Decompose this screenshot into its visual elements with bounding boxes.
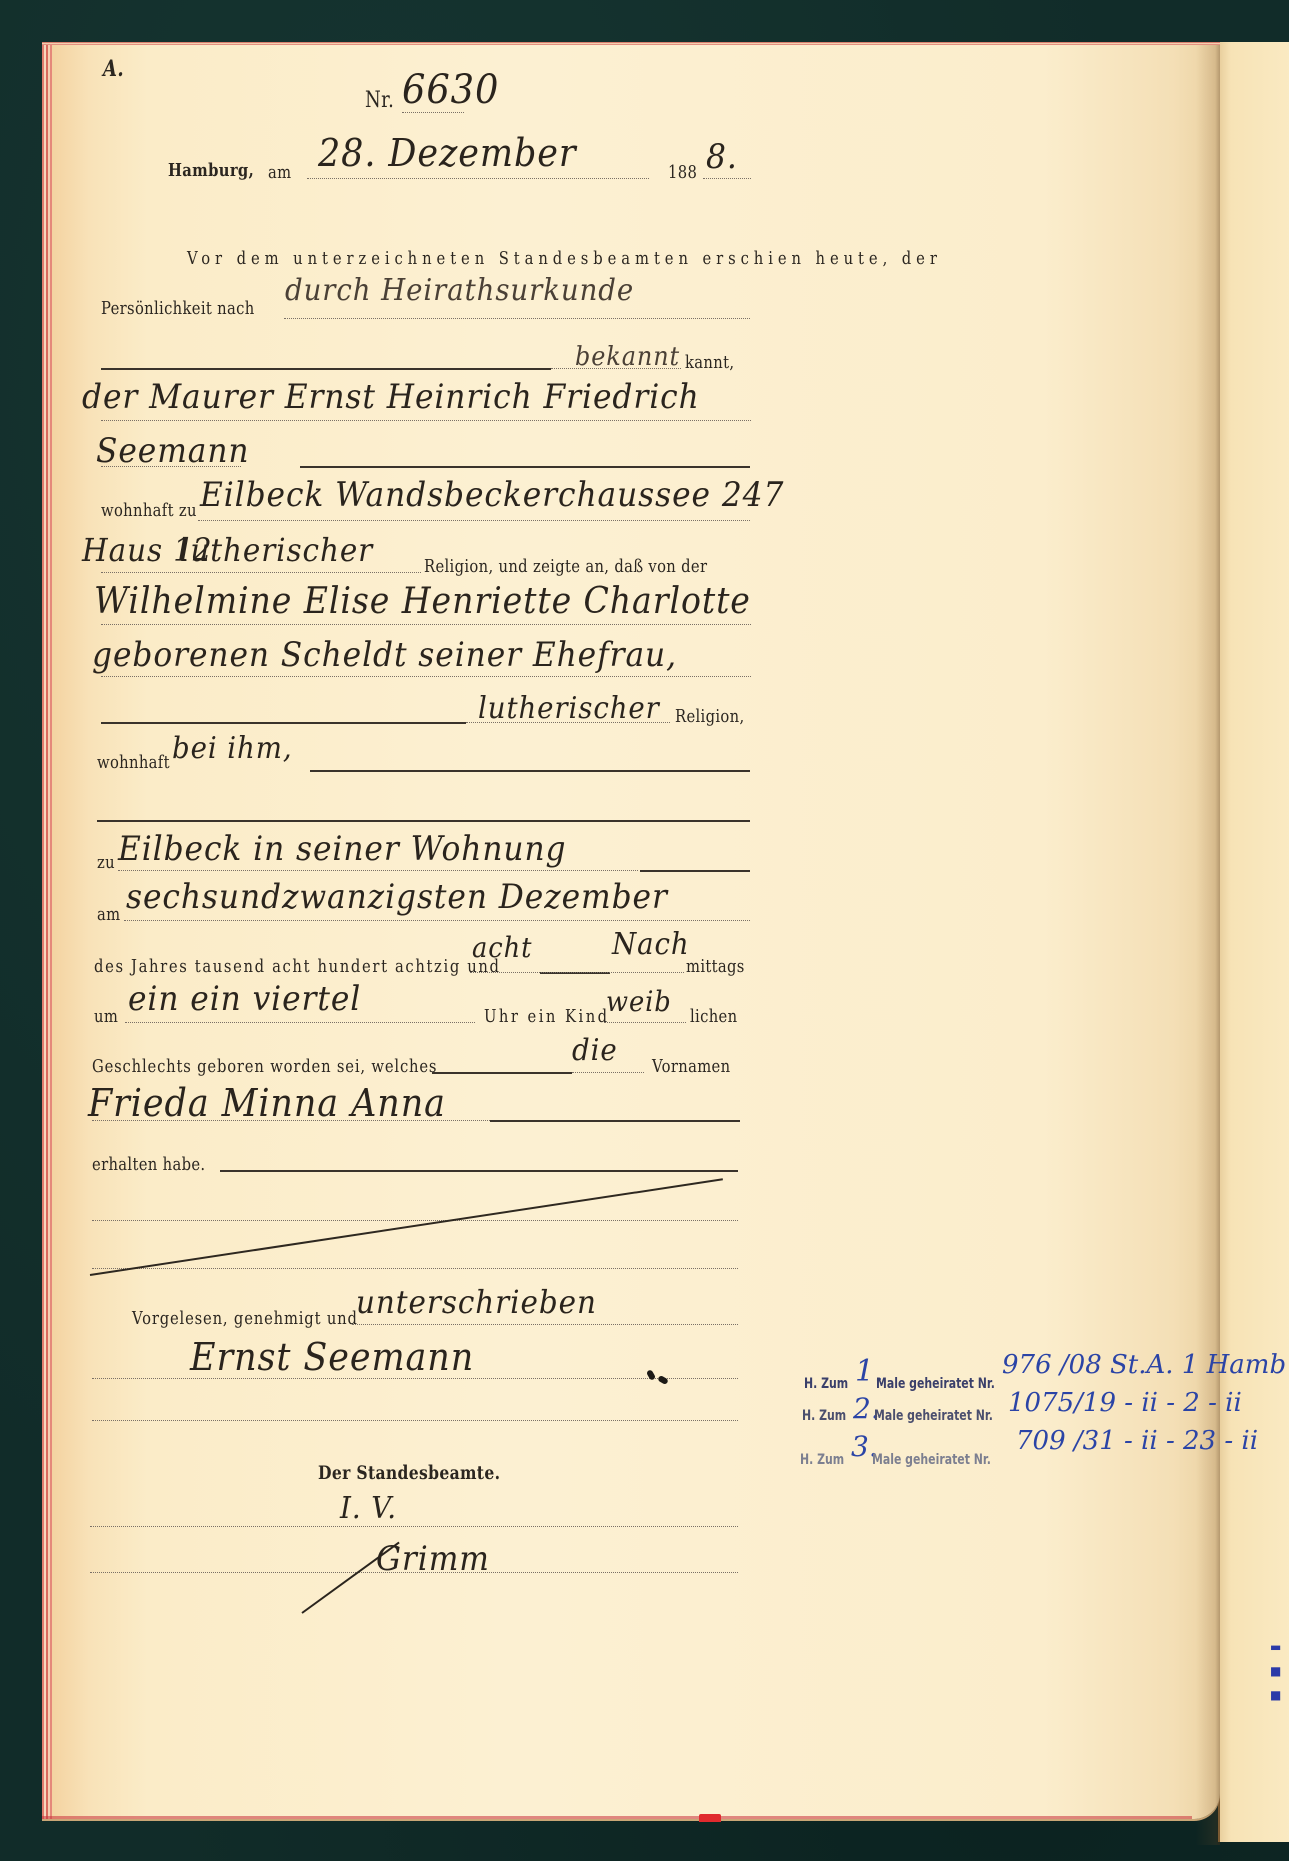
year-text: des Jahres tausend acht hundert achtzig … [94, 956, 501, 977]
time-line [125, 1022, 475, 1023]
page-gutter-shadow [1196, 45, 1220, 1845]
birthdate-value: sechsundzwanzigsten Dezember [126, 880, 668, 914]
blank-rule [101, 368, 551, 370]
mother-name-line1: Wilhelmine Elise Henriette Charlotte [94, 584, 751, 620]
blank-rule-2 [97, 820, 750, 822]
birthplace-label: zu [97, 852, 115, 873]
received-label: erhalten habe. [92, 1154, 205, 1175]
received-rule [220, 1170, 738, 1172]
birth-year-line [470, 972, 684, 973]
identity-line [284, 318, 750, 319]
mother-residence-label: wohnhaft [97, 752, 170, 773]
year-suffix: 8. [706, 140, 738, 174]
registrar-line-2 [90, 1572, 738, 1573]
birth-year-value: acht [472, 934, 532, 962]
red-page-border-bottom [42, 1816, 1192, 1819]
blank-line-c [92, 1420, 738, 1421]
blank-line-a [92, 1220, 738, 1221]
residence-label: wohnhaft zu [101, 500, 197, 521]
entry-date: 28. Dezember [318, 134, 577, 172]
number-prefix: Nr. [365, 88, 394, 113]
names-prefix-line [572, 1072, 644, 1073]
informant-signature-line [92, 1378, 738, 1379]
given-names-line [92, 1120, 490, 1121]
informant-line1 [101, 420, 751, 421]
given-names: Frieda Minna Anna [88, 1084, 446, 1122]
identity-label: Persönlichkeit nach [101, 298, 255, 319]
mother-religion-line [466, 722, 670, 723]
informant-signature: Ernst Seemann [190, 1338, 474, 1376]
read-approved-label: Vorgelesen, genehmigt und [132, 1308, 358, 1329]
stamp-prefix: H. Zum [800, 1452, 844, 1468]
mother-religion-value: lutherischer [478, 694, 660, 724]
marriage-reference: 1075/19 - ii - 2 - ii [1008, 1388, 1242, 1418]
birthplace-value: Eilbeck in seiner Wohnung [118, 832, 566, 866]
registrar-line-1 [90, 1526, 738, 1527]
names-rule [432, 1072, 572, 1074]
given-names-rule [490, 1120, 740, 1122]
stamp-prefix: H. Zum [802, 1408, 846, 1424]
registrar-initials: I. V. [340, 1494, 397, 1524]
religion-line [101, 572, 421, 573]
date-line [307, 178, 649, 179]
known-label: kannt, [685, 352, 734, 373]
mother-residence-rule [310, 770, 750, 772]
sex-line-text: Geschlechts geboren worden sei, welches [92, 1056, 437, 1077]
blank-line-b [92, 1268, 738, 1269]
religion-label: Religion, und zeigte an, daß von der [424, 556, 707, 577]
year-prefix: 188 [668, 162, 697, 183]
birthdate-line [124, 920, 750, 921]
residence-value: Eilbeck Wandsbeckerchaussee 247 [200, 478, 784, 512]
informant-line2-rule [300, 466, 750, 468]
intro-line: Vor dem unterzeichneten Standesbeamten e… [187, 248, 942, 269]
informant-religion-value: lutherischer [180, 534, 373, 566]
birthplace-line [118, 870, 638, 871]
mother-religion-label: Religion, [675, 706, 744, 727]
place-label: Hamburg, [168, 160, 254, 181]
mother-line1 [101, 624, 751, 625]
stamp-prefix: H. Zum [804, 1376, 848, 1392]
sex-line [604, 1022, 686, 1023]
informant-name-line2: Seemann [96, 434, 249, 468]
mother-residence-value: bei ihm, [172, 734, 293, 764]
known-line [551, 368, 681, 369]
time-label: um [94, 1006, 118, 1027]
time-of-day-value: Nach [612, 930, 690, 960]
red-bookmark-tab [699, 1814, 721, 1822]
informant-line2-dots [101, 466, 241, 467]
marriage-reference: 976 /08 St.A. 1 Hamb [1002, 1350, 1286, 1380]
birthdate-label: am [97, 904, 120, 925]
mother-line2 [101, 676, 751, 677]
names-label: Vornamen [652, 1056, 730, 1077]
marriage-reference: 709 /31 - ii - 23 - ii [1016, 1426, 1258, 1456]
time-mid-label: Uhr ein Kind [484, 1006, 610, 1027]
read-approved-value: unterschrieben [356, 1286, 597, 1318]
mother-name-line2: geborenen Scheldt seiner Ehefrau, [92, 638, 677, 672]
next-page-stamp-fragment-1: ▬ [1270, 1640, 1281, 1654]
mother-religion-rule [101, 722, 466, 724]
next-page-stamp-fragment-3: ■ [1270, 1688, 1281, 1702]
sex-value: weib [606, 988, 672, 1016]
read-approved-line [352, 1324, 738, 1325]
red-page-border-left [42, 42, 54, 1819]
birthplace-rule [640, 870, 750, 872]
stamp-tail: Male geheiratet Nr. [872, 1452, 991, 1468]
date-prefix: am [268, 162, 291, 183]
residence-line [198, 520, 750, 521]
registrar-label: Der Standesbeamte. [318, 1462, 500, 1484]
identity-value: durch Heirathsurkunde [285, 276, 634, 306]
year-line [703, 178, 751, 179]
corner-label: A. [103, 56, 124, 82]
stamp-tail: Male geheiratet Nr. [876, 1376, 995, 1392]
red-page-border-top [42, 42, 1220, 46]
next-page-stamp-fragment-2: ■ [1270, 1664, 1281, 1678]
known-value: bekannt [575, 344, 680, 370]
names-prefix-value: die [572, 1036, 618, 1066]
sex-suffix: lichen [690, 1006, 737, 1027]
informant-name-line1: der Maurer Ernst Heinrich Friedrich [82, 380, 700, 414]
stamp-tail: Male geheiratet Nr. [874, 1408, 993, 1424]
time-value: ein ein viertel [128, 982, 361, 1016]
next-page-edge [1218, 42, 1289, 1842]
entry-number: 6630 [402, 70, 499, 110]
time-of-day-label: mittags [686, 956, 745, 977]
number-line [402, 112, 464, 113]
